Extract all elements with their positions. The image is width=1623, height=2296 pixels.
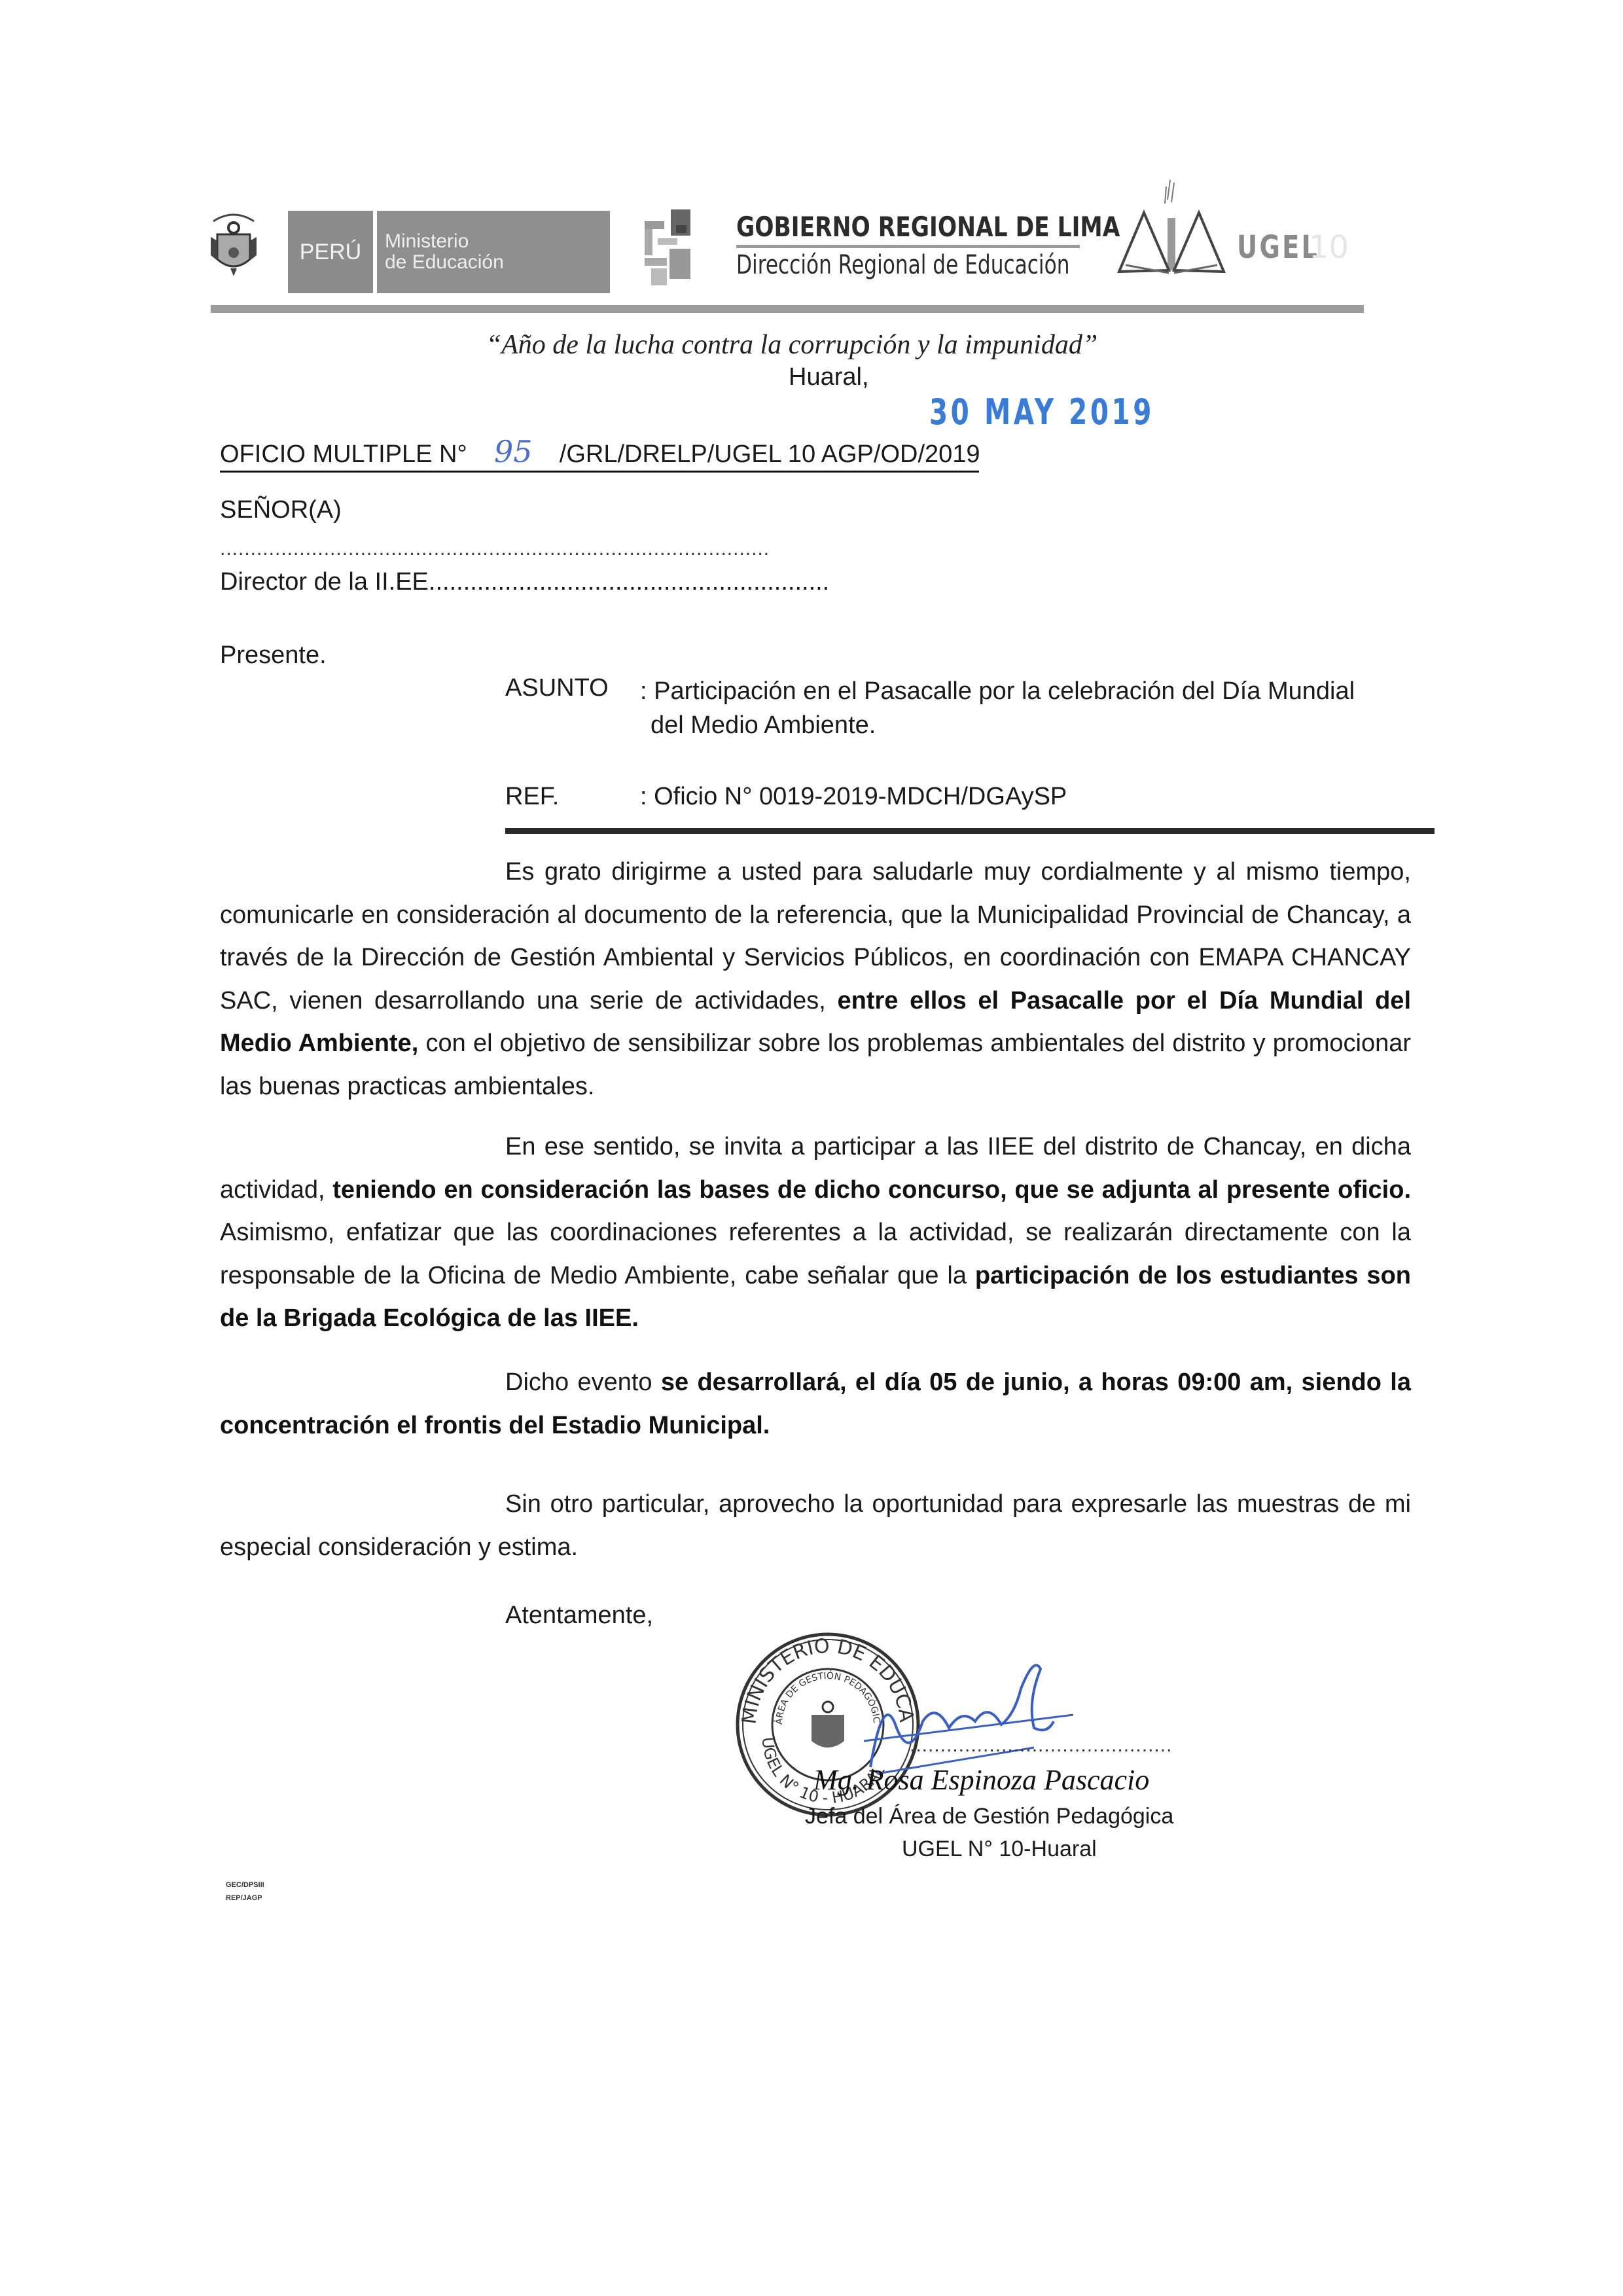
p3-text-a: Dicho evento [505, 1369, 661, 1396]
body-paragraph-3: Dicho evento se desarrollará, el día 05 … [220, 1361, 1411, 1447]
ugel-number-label: 10 [1309, 229, 1349, 266]
regional-government-logo-icon [645, 209, 690, 288]
signer-role: Jefa del Área de Gestión Pedagógica [805, 1804, 1173, 1829]
body-paragraph-1: Es grato dirigirme a usted para saludarl… [220, 851, 1411, 1108]
signer-unit: UGEL N° 10-Huaral [902, 1837, 1097, 1862]
date-stamp: 30 MAY 2019 [929, 391, 1154, 433]
body-paragraph-4: Sin otro particular, aprovecho la oportu… [220, 1483, 1411, 1569]
subject-line-1: : Participación en el Pasacalle por la c… [640, 674, 1393, 708]
peru-coat-of-arms-icon [208, 208, 259, 279]
reference-label: REF. [505, 783, 559, 811]
regional-direction-subtitle: Dirección Regional de Educación [736, 250, 1069, 280]
regional-title-divider [736, 245, 1080, 248]
typist-initials: GEC/DPSIII REP/JAGP [226, 1878, 264, 1905]
initials-line-2: REP/JAGP [226, 1892, 264, 1905]
document-number-line: OFICIO MULTIPLE N° 95 /GRL/DRELP/UGEL 10… [220, 434, 979, 473]
signer-name: Mg. Rosa Espinoza Pascacio [813, 1763, 1149, 1797]
recipient-blank-line: ........................................… [220, 538, 770, 560]
regional-government-title: GOBIERNO REGIONAL DE LIMA [736, 211, 1120, 243]
reference-divider [505, 828, 1435, 834]
subject-label: ASUNTO [505, 674, 609, 702]
ministry-brand-label: Ministerio de Educación [377, 211, 610, 293]
ministry-line2: de Educación [385, 252, 610, 273]
year-motto: “Año de la lucha contra la corrupción y … [0, 329, 1623, 361]
motto-text: “Año de la lucha contra la corrupción y … [486, 329, 1097, 361]
peru-brand-label: PERÚ [288, 211, 373, 293]
p3-text-bold: se desarrollará, el día 05 de junio, a h… [220, 1369, 1411, 1439]
ministry-line1: Ministerio [385, 231, 610, 252]
body-paragraph-2: En ese sentido, se invita a participar a… [220, 1126, 1411, 1340]
subject-line-2: del Medio Ambiente. [640, 708, 1393, 742]
closing-text: Atentamente, [505, 1602, 653, 1630]
recipient-director-line: Director de la II.EE....................… [220, 568, 829, 596]
handwritten-signature [838, 1649, 1099, 1780]
subject-text: : Participación en el Pasacalle por la c… [640, 674, 1393, 742]
p4-text: Sin otro particular, aprovecho la oportu… [220, 1490, 1411, 1561]
peru-label: PERÚ [300, 240, 361, 265]
presente-label: Presente. [220, 641, 327, 670]
initials-line-1: GEC/DPSIII [226, 1878, 264, 1892]
place-label: Huaral, [789, 363, 869, 391]
recipient-salutation: SEÑOR(A) [220, 496, 342, 524]
document-number-handwritten: 95 [474, 434, 552, 469]
reference-text: : Oficio N° 0019-2019-MDCH/DGAySP [640, 783, 1067, 811]
document-number-prefix: OFICIO MULTIPLE N° [220, 440, 467, 468]
ugel-book-torch-logo-icon [1113, 173, 1230, 285]
ugel-label: UGEL [1237, 229, 1319, 266]
signature-line: ........................................… [910, 1734, 1172, 1757]
document-number-suffix: /GRL/DRELP/UGEL 10 AGP/OD/2019 [560, 440, 980, 468]
header-divider [211, 305, 1364, 313]
p2-text-bold-1: teniendo en consideración las bases de d… [332, 1176, 1411, 1204]
